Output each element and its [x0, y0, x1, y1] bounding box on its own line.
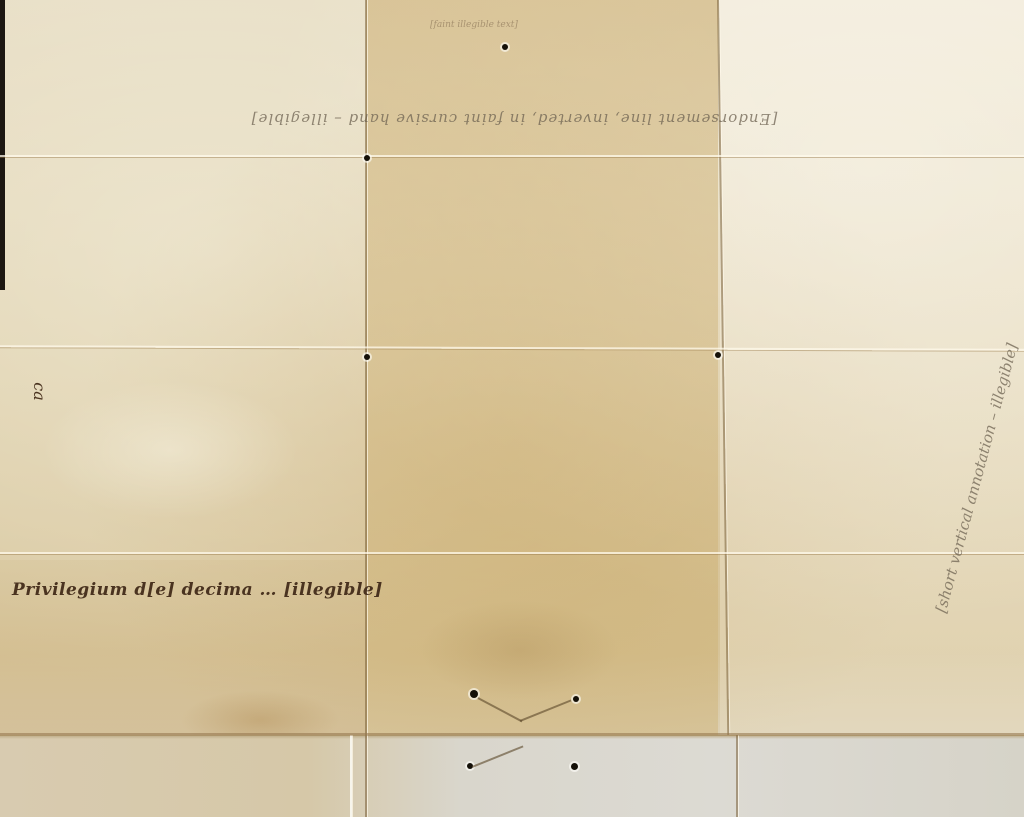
- stain: [40, 380, 300, 520]
- margin-mark-left: ca: [30, 382, 49, 401]
- horizontal-fold-3: [0, 552, 1024, 554]
- hole: [502, 44, 508, 50]
- faint-text: [faint illegible text]: [430, 20, 518, 30]
- endorsement-top-text: [Endorsement line, inverted, in faint cu…: [14, 102, 1014, 136]
- seal-slit-hole: [573, 696, 579, 702]
- hole: [364, 354, 370, 360]
- seal-slit-hole: [571, 763, 578, 770]
- margin-note-right: [short vertical annotation – illegible]: [912, 470, 1022, 620]
- horizontal-fold-1: [0, 155, 1024, 157]
- hole: [364, 155, 370, 161]
- hole: [715, 352, 721, 358]
- background-edge: [0, 0, 5, 290]
- faint-top-text: [faint illegible text]: [430, 14, 590, 28]
- endorsement-bottom: Privilegium d[e] decima … [illegible]: [12, 580, 383, 600]
- plica-fold: [0, 735, 1024, 817]
- plica-crease: [350, 735, 352, 817]
- plica-edge: [0, 733, 1024, 735]
- seal-slit-hole: [470, 690, 478, 698]
- endorsement-top: [Endorsement line, inverted, in faint cu…: [14, 102, 1014, 136]
- parchment-document: [faint illegible text] [Endorsement line…: [0, 0, 1024, 817]
- vertical-fold-right-plica: [736, 735, 738, 817]
